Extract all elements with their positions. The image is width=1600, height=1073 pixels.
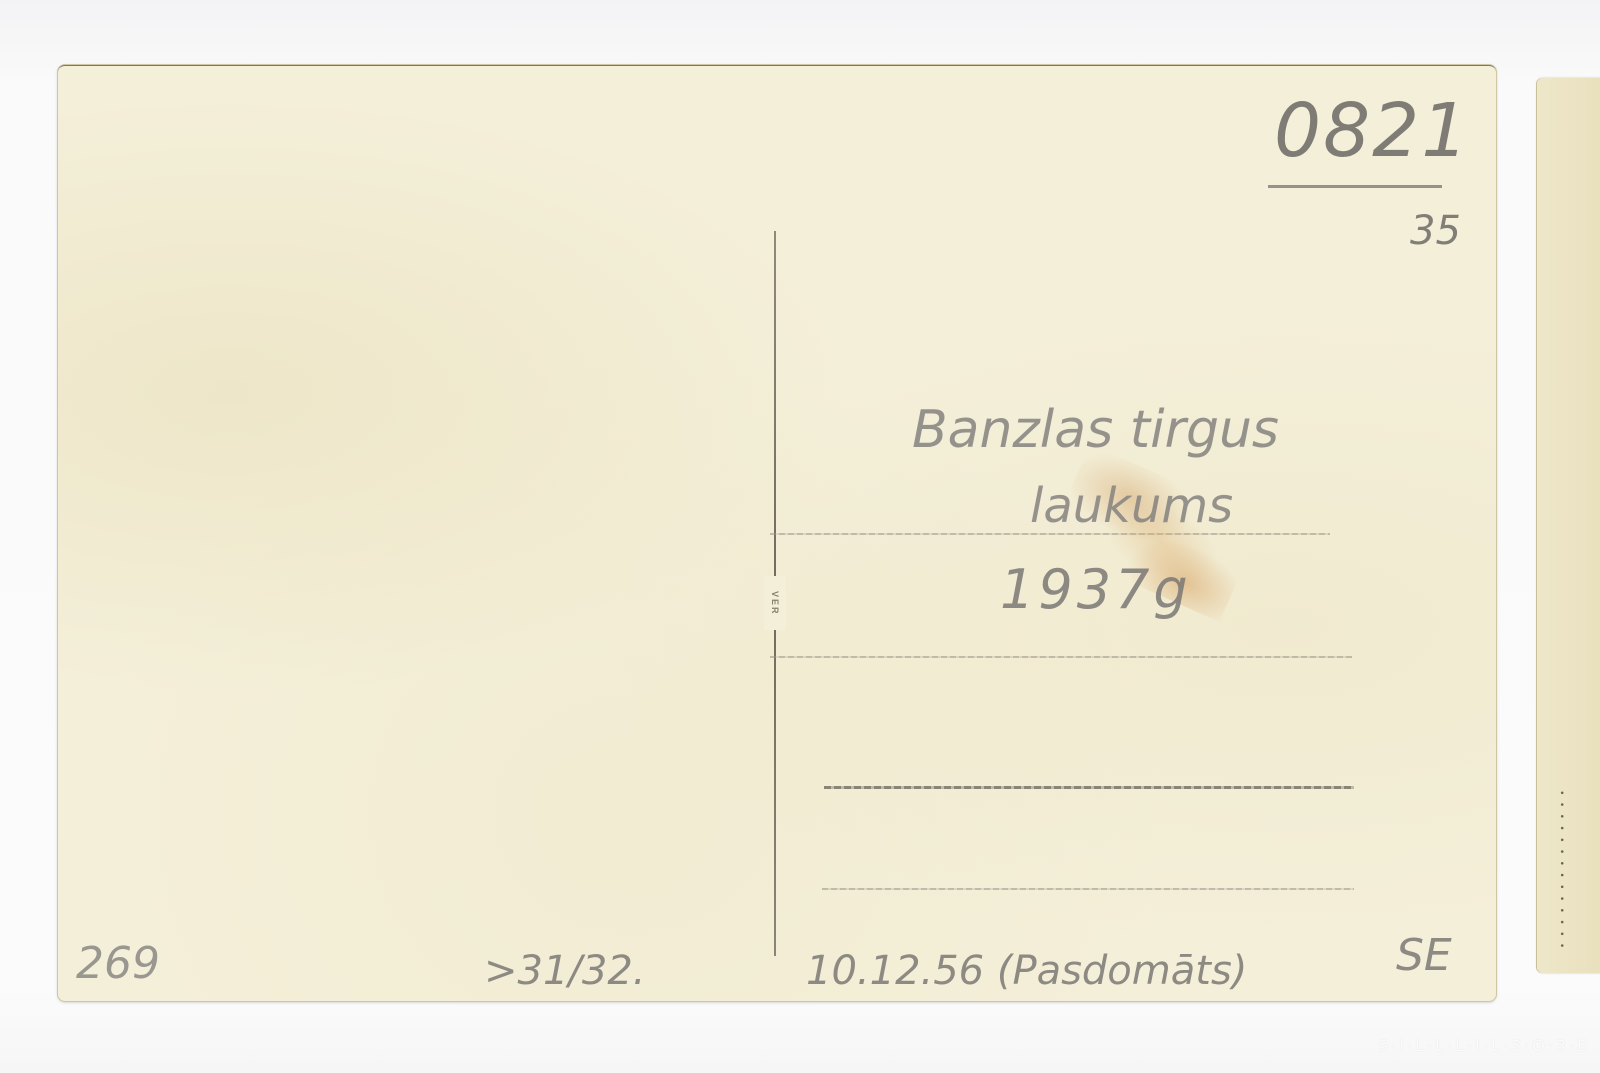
bottom-date-note: 10.12.56 (Pasdomāts) — [806, 948, 1247, 994]
adjacent-card-edge: · · · · · · · · · · · · · · — [1537, 78, 1600, 973]
scan-background: VER 0821 35 Banzlas tirgus laukums 1937g… — [0, 0, 1600, 1073]
annotation-line-1: Banzlas tirgus — [912, 400, 1279, 460]
address-line-2 — [770, 656, 1352, 658]
postcard-back: VER — [58, 65, 1496, 1001]
bottom-left-number: 269 — [76, 938, 160, 989]
inventory-sub-number: 35 — [1410, 208, 1461, 254]
annotation-year: 1937g — [1000, 558, 1192, 621]
bottom-initials: SE — [1396, 930, 1452, 981]
address-line-3 — [824, 786, 1354, 789]
divider-label: VER — [764, 576, 786, 630]
watermark: S·I·L·L·L·I·L·3·O·3·E — [1378, 1036, 1590, 1055]
inventory-underline — [1268, 185, 1442, 188]
adjacent-card-text: · · · · · · · · · · · · · · — [1555, 88, 1595, 948]
bottom-reference: >31/32. — [484, 948, 646, 994]
annotation-line-2: laukums — [1030, 478, 1233, 534]
address-line-4 — [822, 888, 1354, 890]
inventory-number: 0821 — [1274, 88, 1470, 174]
